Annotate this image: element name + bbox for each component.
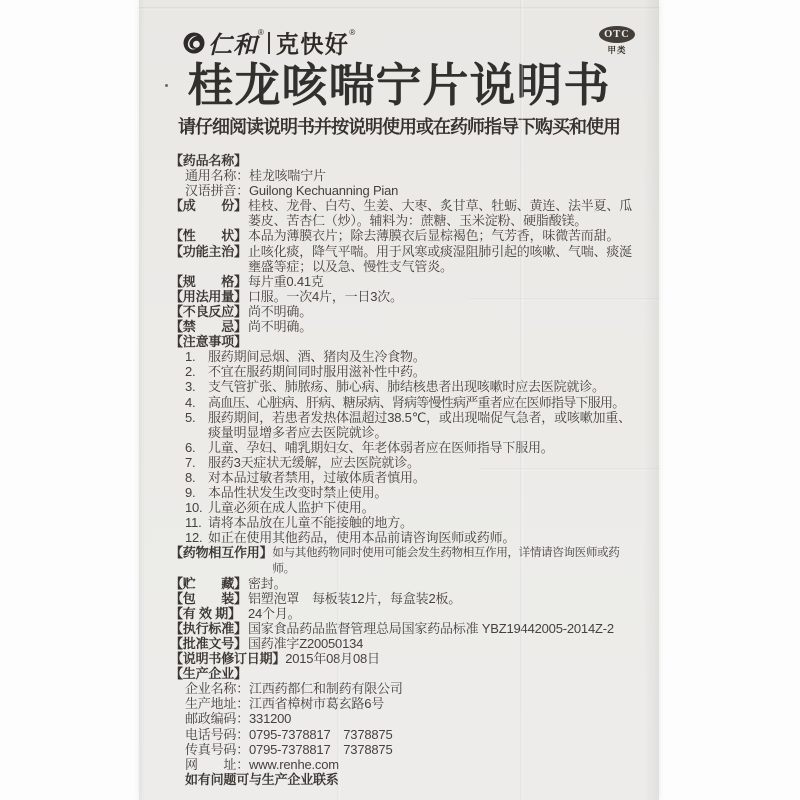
- section-text: 国家食品药品监督管理总局国家药品标准 YBZ19442005-2014Z-2: [248, 621, 641, 636]
- precaution-item: 3. 支气管扩张、肺脓疡、肺心病、肺结核患者出现咳嗽时应去医院就诊。: [170, 379, 641, 394]
- section-packaging: 【包 装】 铝塑泡罩 每板装12片，每盒装2板。: [170, 591, 641, 606]
- section-label: 【功能主治】: [170, 244, 248, 274]
- section-text: 密封。: [248, 576, 641, 591]
- field-label: 通用名称：: [185, 168, 249, 183]
- section-label: 【不良反应】: [170, 304, 248, 319]
- precaution-item: 1. 服药期间忌烟、酒、猪肉及生冷食物。: [170, 349, 641, 364]
- pinyin-row: 汉语拼音： Guilong Kechuanning Pian: [170, 183, 641, 198]
- field-value: 331200: [249, 711, 641, 726]
- section-label: 【执行标准】: [170, 621, 248, 636]
- manufacturer-row: 生产地址： 江西省樟树市葛玄路6号: [170, 696, 641, 711]
- registered-mark-icon: ®: [349, 28, 355, 37]
- contact-note: 如有问题可与生产企业联系: [170, 772, 641, 787]
- section-label: 【有 效 期】: [170, 606, 248, 621]
- item-text: 服药3天症状无缓解，应去医院就诊。: [208, 455, 641, 470]
- section-revision: 【说明书修订日期】 2015年08月08日: [170, 651, 641, 666]
- precaution-item: 5. 服药期间，若患者发热体温超过38.5℃，或出现喘促气急者，或咳嗽加重、痰量…: [170, 410, 641, 440]
- section-text: 桂枝、龙骨、白芍、生姜、大枣、炙甘草、牡蛎、黄连、法半夏、瓜蒌皮、苦杏仁（炒）。…: [248, 198, 641, 228]
- generic-name-row: 通用名称： 桂龙咳喘宁片: [170, 168, 641, 183]
- precaution-item: 8. 对本品过敏者禁用，过敏体质者慎用。: [170, 470, 641, 485]
- section-text: 国药准字Z20050134: [248, 636, 641, 651]
- otc-badge: OTC 甲类: [599, 26, 635, 56]
- item-text: 支气管扩张、肺脓疡、肺心病、肺结核患者出现咳嗽时应去医院就诊。: [208, 379, 641, 394]
- item-number: 3.: [185, 379, 208, 394]
- section-adverse: 【不良反应】 尚不明确。: [170, 304, 641, 319]
- section-text: 铝塑泡罩 每板装12片，每盒装2板。: [248, 591, 641, 606]
- scan-speck: [165, 84, 168, 87]
- item-number: 12.: [185, 530, 208, 545]
- item-text: 儿童必须在成人监护下使用。: [208, 500, 641, 515]
- field-value: 江西药都仁和制药有限公司: [249, 681, 641, 696]
- section-interactions: 【药物相互作用】 如与其他药物同时使用可能会发生药物相互作用，详情请咨询医师或药…: [170, 545, 641, 575]
- section-storage: 【贮 藏】 密封。: [170, 576, 641, 591]
- field-value: 江西省樟树市葛玄路6号: [249, 696, 641, 711]
- item-text: 不宜在服药期间同时服用滋补性中药。: [208, 364, 641, 379]
- field-label: 传真号码：: [185, 742, 249, 757]
- field-value: Guilong Kechuanning Pian: [249, 183, 641, 198]
- manufacturer-row: 网 址： www.renhe.com: [170, 757, 641, 772]
- leaflet-paper: 仁和 ® 克快好 ® OTC 甲类 桂龙咳喘宁片说明书 请仔细阅读说明书并按说明…: [139, 0, 659, 800]
- item-text: 儿童、孕妇、哺乳期妇女、年老体弱者应在医师指导下服用。: [208, 440, 641, 455]
- section-manufacturer: 【生产企业】: [170, 666, 641, 681]
- field-label: 生产地址：: [185, 696, 249, 711]
- item-number: 2.: [185, 364, 208, 379]
- precaution-item: 4. 高血压、心脏病、肝病、糖尿病、肾病等慢性病严重者应在医师指导下服用。: [170, 395, 641, 410]
- item-number: 6.: [185, 440, 208, 455]
- renhe-brand-logo: 仁和 ® 克快好 ®: [183, 25, 355, 60]
- precaution-item: 7. 服药3天症状无缓解，应去医院就诊。: [170, 455, 641, 470]
- item-number: 10.: [185, 500, 208, 515]
- item-number: 7.: [185, 455, 208, 470]
- section-label: 【用法用量】: [170, 289, 248, 304]
- brand-kekuaihao-label: 克快好: [276, 25, 350, 60]
- section-label: 【性 状】: [170, 228, 248, 243]
- section-label: 【注意事项】: [170, 334, 248, 349]
- section-precautions: 【注意事项】: [170, 334, 641, 349]
- otc-oval-icon: OTC: [599, 26, 635, 43]
- section-label: 【生产企业】: [170, 666, 248, 681]
- registered-mark-icon: ®: [258, 28, 264, 37]
- renhe-logo-icon: [183, 32, 205, 54]
- brand-renhe-label: 仁和: [208, 25, 258, 60]
- section-label: 【禁 忌】: [170, 319, 248, 334]
- section-text: 口服。一次4片，一日3次。: [248, 289, 641, 304]
- page-title: 桂龙咳喘宁片说明书: [139, 62, 659, 108]
- item-number: 11.: [185, 515, 208, 530]
- section-label: 【成 份】: [170, 198, 248, 228]
- manufacturer-row: 企业名称： 江西药都仁和制药有限公司: [170, 681, 641, 696]
- field-label: 网 址：: [185, 757, 249, 772]
- field-label: 电话号码：: [185, 727, 249, 742]
- field-label: 企业名称：: [185, 681, 249, 696]
- field-value: 桂龙咳喘宁片: [249, 168, 641, 183]
- section-functions: 【功能主治】 止咳化痰，降气平喘。用于风寒或痰湿阻肺引起的咳嗽、气喘、痰涎壅盛等…: [170, 244, 641, 274]
- item-number: 9.: [185, 485, 208, 500]
- manufacturer-row: 电话号码： 0795-7378817 7378875: [170, 727, 641, 742]
- section-text: 如与其他药物同时使用可能会发生药物相互作用，详情请咨询医师或药师。: [272, 545, 641, 575]
- section-spec: 【规 格】 每片重0.41克: [170, 274, 641, 289]
- otc-class-label: 甲类: [599, 44, 635, 56]
- brand-row: 仁和 ® 克快好 ® OTC 甲类: [139, 0, 659, 60]
- section-label: 【药品名称】: [170, 153, 248, 168]
- precaution-item: 6. 儿童、孕妇、哺乳期妇女、年老体弱者应在医师指导下服用。: [170, 440, 641, 455]
- section-label: 【贮 藏】: [170, 576, 248, 591]
- section-approval: 【批准文号】 国药准字Z20050134: [170, 636, 641, 651]
- section-text: 每片重0.41克: [248, 274, 641, 289]
- section-label: 【包 装】: [170, 591, 248, 606]
- precaution-item: 10. 儿童必须在成人监护下使用。: [170, 500, 641, 515]
- item-text: 高血压、心脏病、肝病、糖尿病、肾病等慢性病严重者应在医师指导下服用。: [208, 395, 641, 410]
- brand-divider: [268, 32, 270, 54]
- section-text: 尚不明确。: [248, 304, 641, 319]
- item-number: 1.: [185, 349, 208, 364]
- section-text: 24个月。: [248, 606, 641, 621]
- item-text: 请将本品放在儿童不能接触的地方。: [208, 515, 641, 530]
- item-text: 如正在使用其他药品，使用本品前请咨询医师或药师。: [208, 530, 641, 545]
- section-usage: 【用法用量】 口服。一次4片，一日3次。: [170, 289, 641, 304]
- section-drug-name: 【药品名称】: [170, 153, 641, 168]
- precaution-item: 11. 请将本品放在儿童不能接触的地方。: [170, 515, 641, 530]
- item-number: 5.: [185, 410, 208, 440]
- section-label: 【批准文号】: [170, 636, 248, 651]
- section-label: 【说明书修订日期】: [170, 651, 285, 666]
- page-subtitle: 请仔细阅读说明书并按说明使用或在药师指导下购买和使用: [139, 117, 659, 138]
- section-ingredients: 【成 份】 桂枝、龙骨、白芍、生姜、大枣、炙甘草、牡蛎、黄连、法半夏、瓜蒌皮、苦…: [170, 198, 641, 228]
- item-number: 4.: [185, 395, 208, 410]
- precaution-item: 9. 本品性状发生改变时禁止使用。: [170, 485, 641, 500]
- section-text: 止咳化痰，降气平喘。用于风寒或痰湿阻肺引起的咳嗽、气喘、痰涎壅盛等症；以及急、慢…: [248, 244, 641, 274]
- manufacturer-row: 传真号码： 0795-7378817 7378875: [170, 742, 641, 757]
- section-taboo: 【禁 忌】 尚不明确。: [170, 319, 641, 334]
- section-text: 尚不明确。: [248, 319, 641, 334]
- section-label: 【规 格】: [170, 274, 248, 289]
- field-value: 0795-7378817 7378875: [249, 742, 641, 757]
- field-label: 汉语拼音：: [185, 183, 249, 198]
- field-value: 0795-7378817 7378875: [249, 727, 641, 742]
- section-standard: 【执行标准】 国家食品药品监督管理总局国家药品标准 YBZ19442005-20…: [170, 621, 641, 636]
- item-text: 服药期间，若患者发热体温超过38.5℃，或出现喘促气急者，或咳嗽加重、痰量明显增…: [208, 410, 641, 440]
- leaflet-body: 【药品名称】 通用名称： 桂龙咳喘宁片 汉语拼音： Guilong Kechua…: [139, 138, 659, 787]
- section-properties: 【性 状】 本品为薄膜衣片；除去薄膜衣后显棕褐色；气芳香，味微苦而甜。: [170, 228, 641, 243]
- section-text: 本品为薄膜衣片；除去薄膜衣后显棕褐色；气芳香，味微苦而甜。: [248, 228, 641, 243]
- item-number: 8.: [185, 470, 208, 485]
- item-text: 服药期间忌烟、酒、猪肉及生冷食物。: [208, 349, 641, 364]
- field-value: www.renhe.com: [249, 757, 641, 772]
- field-label: 邮政编码：: [185, 711, 249, 726]
- precaution-item: 2. 不宜在服药期间同时服用滋补性中药。: [170, 364, 641, 379]
- section-label: 【药物相互作用】: [170, 545, 272, 575]
- item-text: 对本品过敏者禁用，过敏体质者慎用。: [208, 470, 641, 485]
- item-text: 本品性状发生改变时禁止使用。: [208, 485, 641, 500]
- section-validity: 【有 效 期】 24个月。: [170, 606, 641, 621]
- section-text: 2015年08月08日: [285, 651, 641, 666]
- precaution-item: 12. 如正在使用其他药品，使用本品前请咨询医师或药师。: [170, 530, 641, 545]
- manufacturer-row: 邮政编码： 331200: [170, 711, 641, 726]
